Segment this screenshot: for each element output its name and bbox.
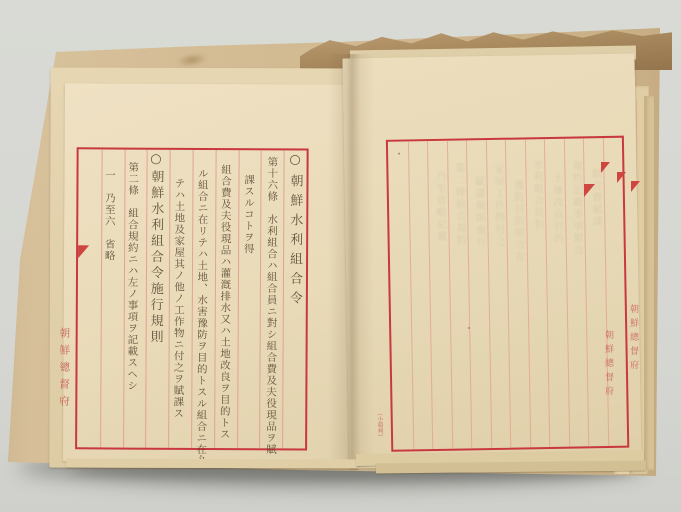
- text-column: テハ土地及家屋其ノ他ノ工作物ニ付之ヲ賦課ス: [166, 150, 191, 448]
- ghost-text-column: 第二條組合規約: [451, 162, 467, 246]
- text-column: 一 乃至六 省略: [96, 149, 121, 447]
- gutter-label: （小菊判）: [375, 410, 385, 440]
- paper-speck: [398, 153, 400, 155]
- ghost-text-column: 組合費賦課: [587, 168, 603, 228]
- text-column: 第二條 組合規約ニハ左ノ事項ヲ記載スヘシ: [120, 150, 145, 448]
- ghost-text-column: 規約記載事項組合: [568, 160, 585, 256]
- text-column: ル組合ニ在リテハ土地、水害豫防ヲ目的トスル組合ニ在リ: [189, 150, 214, 448]
- edge-stamp: 朝鮮總督府: [627, 304, 640, 374]
- photo-scene: ○朝鮮水利組合令第十六條 水利組合ハ組合員ニ對シ組合費及夫役現品ヲ賦課スルコトヲ…: [0, 0, 681, 512]
- manuscript-text: ○朝鮮水利組合令第十六條 水利組合ハ組合員ニ對シ組合費及夫役現品ヲ賦課スルコトヲ…: [77, 149, 307, 448]
- page-corner-tab: [584, 184, 595, 197]
- page-corner-tab: [601, 162, 610, 173]
- left-page-red-border: ○朝鮮水利組合令第十六條 水利組合ハ組合員ニ對シ組合費及夫役現品ヲ賦課スルコトヲ…: [75, 147, 309, 450]
- page-edge-strip: [644, 96, 654, 470]
- page-corner-tab: [617, 172, 626, 183]
- text-column: 組合費及夫役現品ハ灌漑排水又ハ土地改良ヲ目的トス: [212, 150, 237, 448]
- text-column: 課スルコトヲ得: [236, 150, 261, 448]
- ghost-text-column: 豫防目的組合在: [510, 179, 526, 263]
- page-corner-tab: [78, 245, 89, 258]
- paper-speck: [200, 455, 202, 457]
- ghost-text-column: 土地改良目的: [548, 173, 564, 245]
- ghost-text-column: 賦課規則施行: [471, 176, 487, 248]
- ghost-text-column: 乃至省略記載: [431, 171, 447, 243]
- left-page: ○朝鮮水利組合令第十六條 水利組合ハ組合員ニ對シ組合費及夫役現品ヲ賦課スルコトヲ…: [63, 83, 357, 463]
- text-column: 第十六條 水利組合ハ組合員ニ對シ組合費及夫役現品ヲ賦: [259, 150, 284, 448]
- ghost-text-column: 水利組合員對: [529, 159, 545, 231]
- bottom-page-edge: [66, 458, 358, 468]
- text-column: ○朝鮮水利組合令施行規則: [143, 150, 168, 448]
- text-column: [73, 149, 98, 447]
- ghost-text-column: 家屋工作物付之: [490, 164, 506, 248]
- paper-speck: [468, 327, 470, 329]
- text-column: ○朝鮮水利組合令: [282, 150, 307, 448]
- edge-stamp: 朝鮮總督府: [602, 330, 615, 400]
- right-page: 組合費賦課規約記載事項組合土地改良目的水利組合員對豫防目的組合在家屋工作物付之賦…: [342, 53, 641, 468]
- left-margin-stamp: 朝鮮總督府: [60, 327, 72, 437]
- page-corner-tab: [631, 181, 640, 192]
